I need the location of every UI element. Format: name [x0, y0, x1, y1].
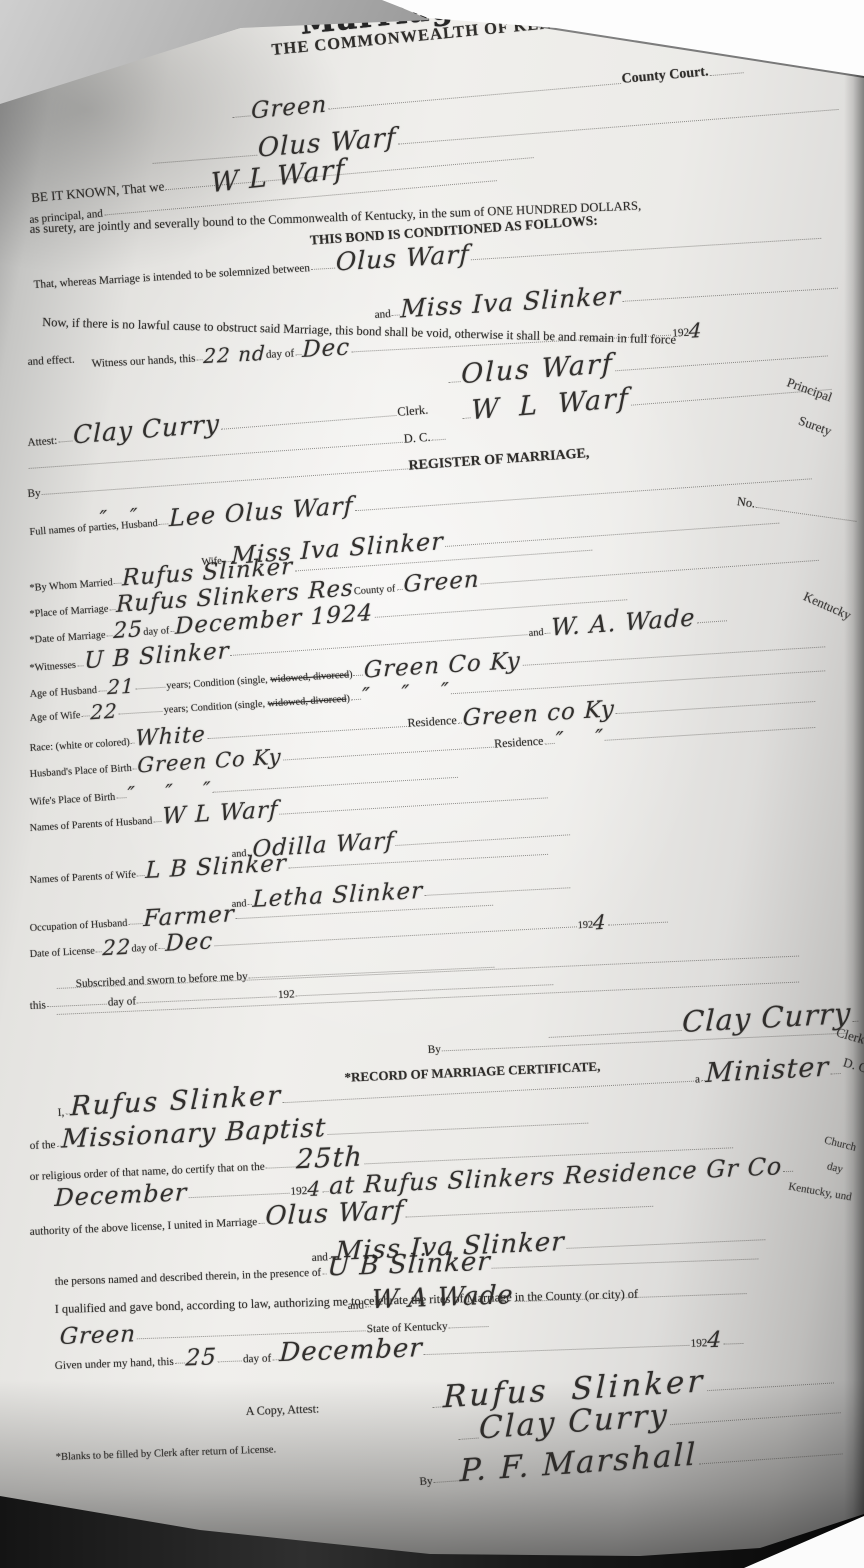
dotted-line: [392, 312, 400, 315]
dotted-line: [116, 795, 126, 799]
minister-title-handwriting: Minister: [705, 1052, 830, 1090]
residence-wife-ditto-handwriting: ″ ″: [555, 725, 604, 752]
dotted-line: [56, 1144, 60, 1147]
and-label: and: [374, 308, 391, 321]
dotted-line: [710, 70, 744, 76]
dotted-line: [272, 1357, 278, 1360]
dotted-line: [831, 1071, 841, 1075]
page-content: Marriag THE COMMONWEALTH OF KENTUCKY. Gr…: [0, 0, 864, 1568]
bride-line: and Miss Iva Slinker: [373, 268, 839, 321]
year-prefix-label: 192: [577, 919, 593, 931]
dotted-line: [135, 685, 165, 690]
given-month-handwriting: December: [278, 1333, 423, 1368]
dotted-line: [699, 1451, 843, 1464]
race-label: Race: (white or colored): [29, 737, 130, 754]
dc-label: D. C.: [403, 430, 431, 447]
and-effect-text: and effect.: [27, 354, 75, 368]
year-prefix-label: 192: [672, 327, 689, 340]
dotted-line: [328, 81, 621, 110]
dotted-line: [218, 1358, 242, 1362]
dc-margin-label: D. C.: [841, 1054, 864, 1077]
father-wife-handwriting: L B Slinker: [145, 850, 287, 883]
dotted-line: [106, 633, 112, 636]
authority-text: authority of the above license, I united…: [29, 1216, 257, 1238]
bond-month-handwriting: Dec: [302, 334, 351, 363]
dotted-line: [96, 949, 102, 952]
dotted-line: [170, 629, 174, 632]
condition-label: years; Condition (single,: [166, 674, 271, 691]
dotted-line: [207, 724, 406, 739]
dotted-line: [119, 709, 163, 715]
dotted-line: [852, 1019, 858, 1022]
date-label: *Date of Marriage: [29, 630, 106, 646]
day-of-label: day of: [131, 942, 158, 954]
full-names-label: Full names of parties, Husband: [29, 518, 158, 538]
license-month-handwriting: Dec: [165, 928, 214, 957]
footnote-line: *Blanks to be filled by Clerk after retu…: [56, 1444, 277, 1463]
dotted-line: [471, 236, 822, 260]
day-of-label: day of: [243, 1352, 272, 1365]
clerk-label: Clerk.: [397, 403, 429, 420]
dotted-line: [351, 697, 361, 701]
dotted-line: [158, 946, 164, 949]
dotted-line: [188, 1191, 289, 1198]
dotted-line: [98, 688, 106, 691]
dotted-line: [608, 920, 668, 926]
day-of-label: day of: [108, 995, 137, 1008]
license-year-handwriting: 4: [593, 910, 608, 935]
wife-birth-label: Wife's Place of Birth: [29, 792, 115, 808]
dotted-line: [322, 1189, 328, 1192]
dotted-line: [616, 699, 815, 714]
witnesses-label: *Witnesses: [29, 660, 76, 674]
witness-hands-text: Witness our hands, this: [91, 353, 195, 370]
by-label: By: [419, 1475, 433, 1488]
scanned-marriage-record-photo: Marriag THE COMMONWEALTH OF KENTUCKY. Gr…: [0, 0, 864, 1568]
dotted-line: [114, 581, 122, 585]
day-margin-label: day: [826, 1160, 844, 1175]
dotted-line: [266, 1164, 296, 1168]
surety-signature-handwriting: W L Warf: [471, 383, 630, 427]
dotted-line: [432, 437, 446, 441]
residence-label: Residence: [407, 713, 457, 731]
dotted-line: [491, 1256, 758, 1268]
bond-day-handwriting: 22 nd: [203, 341, 266, 368]
occupation-label: Occupation of Husband: [29, 918, 127, 934]
age-wife-handwriting: 22: [90, 699, 118, 725]
dotted-line: [249, 965, 495, 979]
dotted-line: [258, 1221, 264, 1224]
presence-text: the persons named and described therein,…: [55, 1267, 322, 1288]
dotted-line: [458, 721, 462, 724]
attest-label: Attest:: [27, 435, 58, 449]
dotted-line: [449, 1324, 489, 1328]
dotted-line: [311, 266, 335, 270]
dotted-line: [396, 587, 402, 590]
dotted-line: [544, 631, 550, 634]
cert-witness1-handwriting: U B Slinker: [326, 1247, 491, 1283]
dotted-line: [159, 521, 169, 525]
dotted-line: [353, 673, 363, 677]
condition-label: years; Condition (single,: [163, 698, 268, 715]
dotted-line: [442, 1031, 847, 1052]
race-handwriting: White: [135, 722, 206, 751]
place-label: *Place of Marriage: [29, 604, 108, 620]
be-it-known-text: BE IT KNOWN, That we: [31, 178, 165, 206]
age-wife-label: Age of Wife: [29, 710, 80, 724]
and-effect-line: and effect.: [27, 354, 75, 368]
given-text: Given under my hand, this: [55, 1356, 174, 1372]
dotted-line: [783, 1169, 793, 1172]
dotted-line: [295, 352, 301, 355]
dotted-line: [133, 766, 137, 769]
husband-birth-label: Husband's Place of Birth: [29, 763, 132, 780]
dotted-line: [462, 415, 470, 419]
dotted-line: [449, 379, 461, 383]
by-label: By: [27, 487, 41, 500]
dotted-line: [288, 852, 548, 869]
dotted-line: [697, 618, 727, 623]
principal-signature-handwriting: Olus Warf: [461, 348, 614, 390]
dotted-line: [81, 713, 89, 716]
condition-label-end: ): [349, 669, 353, 680]
year-prefix-label: 192: [690, 1337, 707, 1350]
dotted-line: [152, 153, 257, 164]
county-of-label: County of: [354, 583, 396, 597]
clerk-signature-handwriting: Clay Curry: [73, 409, 220, 450]
license-day-handwriting: 22: [102, 935, 132, 961]
dotted-line: [137, 994, 277, 1003]
year-prefix-label: 192: [290, 1185, 307, 1198]
dotted-line: [196, 357, 202, 360]
kentucky-margin-label: Kentucky: [801, 588, 854, 623]
dotted-line: [214, 924, 577, 946]
age-husband-handwriting: 21: [107, 674, 135, 700]
dotted-line: [77, 663, 83, 666]
dotted-line: [128, 921, 142, 925]
dotted-line: [153, 819, 161, 822]
condition-wife-ditto-handwriting: ″ ″ ″: [361, 678, 449, 707]
age-husband-label: Age of Husband: [29, 685, 97, 700]
cert-groom-handwriting: Olus Warf: [264, 1196, 404, 1232]
dotted-line: [423, 1343, 689, 1355]
dotted-line: [398, 107, 839, 145]
day-of-label: day of: [143, 625, 170, 638]
dotted-line: [322, 1272, 326, 1275]
church-margin-label: Church: [823, 1134, 857, 1153]
condition-struck-label: widowed, divorced: [270, 669, 349, 685]
a-label: a: [695, 1073, 701, 1085]
county-handwriting: Green: [251, 92, 327, 125]
residence-label: Residence: [494, 734, 544, 752]
by-whom-label: *By Whom Married: [29, 577, 113, 594]
year-prefix-label: 192: [278, 988, 295, 1001]
dotted-line: [405, 1204, 653, 1218]
bond-year-handwriting: 4: [689, 318, 704, 343]
dotted-line: [175, 1360, 185, 1363]
of-the-label: of the: [29, 1139, 55, 1152]
dotted-line: [434, 1478, 460, 1483]
whereas-text: That, whereas Marriage is intended to be…: [33, 262, 310, 291]
and-label: and: [528, 627, 544, 639]
date-day-handwriting: 25: [113, 617, 143, 644]
husband-name-handwriting: Lee Olus Warf: [169, 491, 354, 532]
register-heading-text: REGISTER OF MARRIAGE,: [408, 446, 590, 475]
dotted-line: [622, 286, 837, 302]
condition-struck-label: widowed, divorced: [267, 694, 346, 710]
dotted-line: [65, 1111, 69, 1114]
dotted-line: [480, 558, 818, 585]
cert-year-handwriting: 4: [307, 1176, 322, 1201]
parents-husband-label: Names of Parents of Husband: [29, 816, 152, 834]
footnote-text: *Blanks to be filled by Clerk after retu…: [56, 1444, 277, 1463]
given-day-handwriting: 25: [185, 1344, 218, 1371]
dotted-line: [58, 439, 72, 443]
license-label: Date of License: [29, 946, 95, 960]
dotted-line: [723, 1341, 743, 1345]
dotted-line: [47, 1002, 107, 1008]
this-label: this: [29, 999, 46, 1012]
bride-name-handwriting: Miss Iva Slinker: [400, 281, 622, 324]
deputy-signature-handwriting: P. F. Marshall: [460, 1437, 698, 1490]
i-label: I,: [57, 1107, 64, 1119]
day-of-label: day of: [266, 347, 295, 360]
dotted-line: [433, 1404, 443, 1408]
condition-label-end: ): [346, 693, 350, 704]
copy-attest-label: A Copy, Attest:: [245, 1401, 319, 1419]
parents-wife-label: Names of Parents of Wife: [29, 869, 136, 886]
county-court-label: County Court.: [621, 64, 709, 88]
surety-margin-label: Surety: [796, 413, 833, 440]
dotted-line: [109, 607, 115, 610]
copy-attest-line: A Copy, Attest:: [245, 1401, 319, 1419]
witness2-handwriting: W. A. Wade: [551, 603, 696, 641]
dotted-line: [544, 741, 554, 745]
dotted-line: [232, 113, 250, 118]
kentucky-under-margin-label: Kentucky, und: [787, 1181, 852, 1204]
by-label: By: [427, 1043, 441, 1056]
dotted-line: [283, 1079, 694, 1104]
dotted-line: [283, 745, 494, 761]
dotted-line: [221, 413, 397, 430]
dotted-line: [279, 795, 547, 814]
dotted-line: [137, 873, 145, 876]
dotted-line: [605, 725, 816, 741]
